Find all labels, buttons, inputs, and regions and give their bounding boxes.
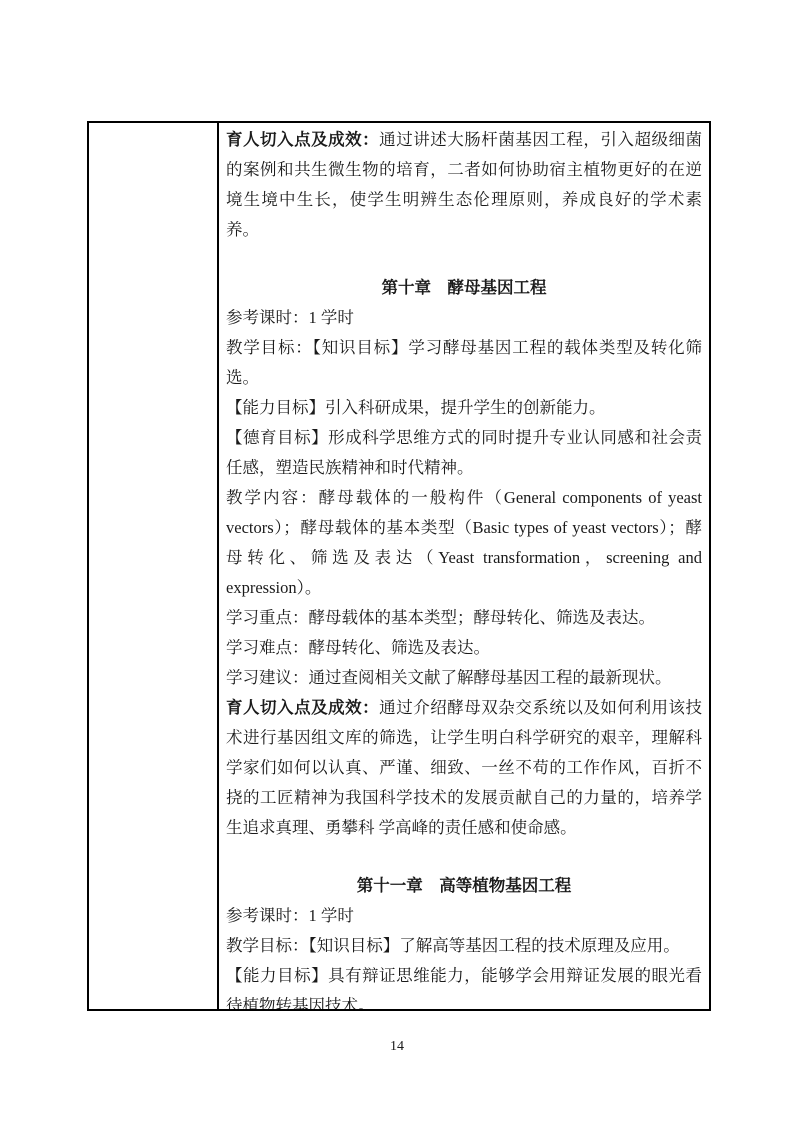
syllabus-table: 育人切入点及成效：通过讲述大肠杆菌基因工程，引入超级细菌的案例和共生微生物的培育… [87,121,711,1011]
doc-paragraph: 育人切入点及成效：通过介绍酵母双杂交系统以及如何利用该技术进行基因组文库的筛选，… [226,693,702,843]
chapter-heading: 第十一章 高等植物基因工程 [226,871,702,901]
doc-paragraph: 学习重点：酵母载体的基本类型；酵母转化、筛选及表达。 [226,603,702,633]
table-left-cell [89,123,219,1009]
chapter-heading: 第十章 酵母基因工程 [226,273,702,303]
paragraph-bold-lead: 育人切入点及成效： [226,131,379,149]
doc-paragraph: 【能力目标】具有辩证思维能力，能够学会用辩证发展的眼光看待植物转基因技术。 [226,961,702,1009]
doc-paragraph: 育人切入点及成效：通过讲述大肠杆菌基因工程，引入超级细菌的案例和共生微生物的培育… [226,125,702,245]
document-page: 育人切入点及成效：通过讲述大肠杆菌基因工程，引入超级细菌的案例和共生微生物的培育… [0,0,794,1123]
page-number: 14 [0,1038,794,1056]
doc-paragraph: 学习建议：通过查阅相关文献了解酵母基因工程的最新现状。 [226,663,702,693]
doc-paragraph: 参考课时：1 学时 [226,901,702,931]
doc-paragraph: 教学目标：【知识目标】学习酵母基因工程的载体类型及转化筛选。 [226,333,702,393]
doc-paragraph: 【德育目标】形成科学思维方式的同时提升专业认同感和社会责任感，塑造民族精神和时代… [226,423,702,483]
table-main-cell: 育人切入点及成效：通过讲述大肠杆菌基因工程，引入超级细菌的案例和共生微生物的培育… [219,123,709,1009]
doc-paragraph: 【能力目标】引入科研成果，提升学生的创新能力。 [226,393,702,423]
paragraph-bold-lead: 育人切入点及成效： [226,699,379,717]
doc-paragraph: 教学目标：【知识目标】了解高等基因工程的技术原理及应用。 [226,931,702,961]
doc-paragraph: 教学内容：酵母载体的一般构件（General components of yea… [226,483,702,603]
doc-paragraph: 学习难点：酵母转化、筛选及表达。 [226,633,702,663]
doc-paragraph: 参考课时：1 学时 [226,303,702,333]
